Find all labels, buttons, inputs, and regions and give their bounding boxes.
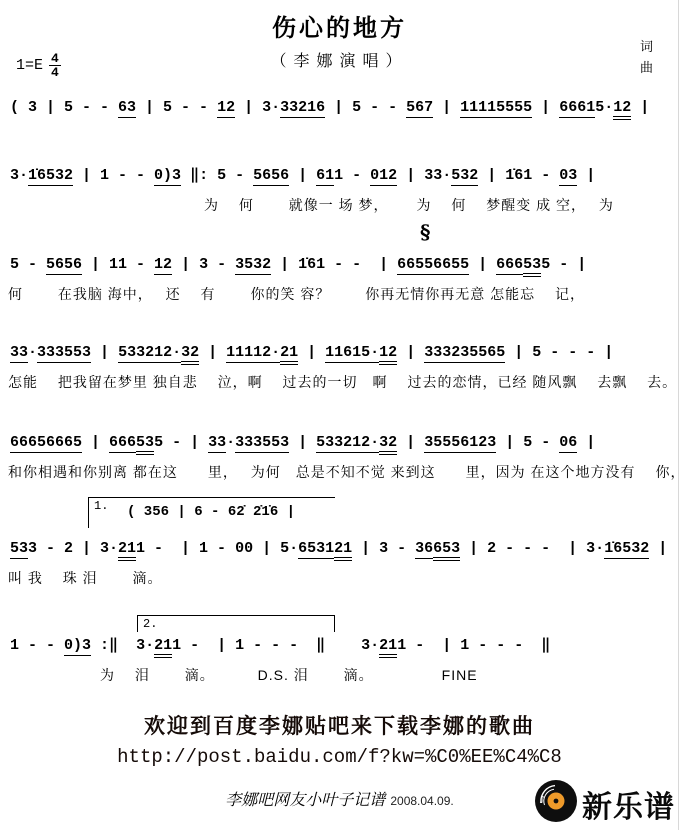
notation-line-2: 3·1̇6532 | 1 - - 0)3 ‖: 5 - 5656 | 611 -… <box>0 164 679 188</box>
notation-line-1: ( 3 | 5 - - 63 | 5 - - 12 | 3·33216 | 5 … <box>0 96 679 120</box>
notation-line-3: 5 - 5656 | 11 - 12 | 3 - 3532 | 1̇61 - -… <box>0 253 679 277</box>
lyrics-line-2: 为 何 就像一 场 梦， 为 何 梦醒变 成 空， 为 <box>0 195 679 215</box>
logo-text: 新乐谱 <box>582 782 675 826</box>
lyrics-line-5: 和你相遇和你别离 都在这 里， 为何 总是不知不觉 来到这 里，因为 在这个地方… <box>0 462 679 482</box>
transcriber-name: 李娜吧网友小叶子记谱 <box>225 790 385 809</box>
music-system-2: 3·1̇6532 | 1 - - 0)3 ‖: 5 - 5656 | 611 -… <box>0 164 679 215</box>
music-system-5: 66656665 | 666535 - | 33·333553 | 533212… <box>0 431 679 482</box>
music-system-4: 33·333553 | 533212·32 | 11112·21 | 11615… <box>0 341 679 392</box>
svg-text:♪: ♪ <box>539 795 545 806</box>
sheet-music-page: 伤心的地方 （李娜演唱） 1=E 4 4 词 曲 ( 3 | 5 - - 63 … <box>0 0 679 830</box>
volta-2-label: 2. <box>143 617 157 631</box>
site-logo: ♪ 新乐谱 <box>534 779 675 828</box>
music-system-1: ( 3 | 5 - - 63 | 5 - - 12 | 3·33216 | 5 … <box>0 96 679 120</box>
time-signature: 4 4 <box>49 52 61 79</box>
notation-line-4: 33·333553 | 533212·32 | 11112·21 | 11615… <box>0 341 679 365</box>
volta-bracket-1: 1. ( 356 | 6 - 62̇ 2̇1̇6 | <box>88 497 335 528</box>
lyrics-line-7: 为 泪 滴。 D.S. 泪 滴。 FINE <box>0 665 679 685</box>
segno-icon: § <box>420 220 430 244</box>
lyricist-label: 词 <box>640 36 653 57</box>
music-system-6: 533 - 2 | 3·211 - | 1 - 00 | 5·653121 | … <box>0 537 679 588</box>
lyrics-line-3: 何 在我脑 海中， 还 有 你的笑 容？ 你再无情你再无意 怎能忘 记， <box>0 284 679 304</box>
key-label: 1=E <box>16 57 43 74</box>
song-title: 伤心的地方 <box>0 8 679 43</box>
volta-1-label: 1. <box>94 499 108 513</box>
promo-text: 欢迎到百度李娜贴吧来下载李娜的歌曲 <box>0 710 679 740</box>
tieba-url: http://post.baidu.com/f?kw=%C0%EE%C4%C8 <box>0 746 679 768</box>
volta-1-pickup-notes: ( 356 | 6 - 62̇ 2̇1̇6 | <box>127 504 295 520</box>
performer-subtitle: （李娜演唱） <box>0 48 679 71</box>
notation-line-7: 1 - - 0)3 :‖ 3·211 - | 1 - - - ‖ 3·211 -… <box>0 634 679 658</box>
lyrics-line-6: 叫 我 珠 泪 滴。 <box>0 568 679 588</box>
time-signature-top: 4 <box>49 52 61 66</box>
credits-right: 词 曲 <box>640 36 653 78</box>
notation-line-6: 533 - 2 | 3·211 - | 1 - 00 | 5·653121 | … <box>0 537 679 561</box>
music-system-7: 1 - - 0)3 :‖ 3·211 - | 1 - - - ‖ 3·211 -… <box>0 634 679 685</box>
time-signature-bottom: 4 <box>49 66 61 79</box>
volta-bracket-2: 2. <box>137 615 335 632</box>
transcription-date: 2008.04.09. <box>390 794 453 808</box>
key-signature: 1=E 4 4 <box>16 52 61 79</box>
lyrics-line-4: 怎能 把我留在梦里 独自悲 泣，啊 过去的一切 啊 过去的恋情，已经 随风飘 去… <box>0 372 679 392</box>
music-system-3: 5 - 5656 | 11 - 12 | 3 - 3532 | 1̇61 - -… <box>0 253 679 304</box>
vinyl-record-icon: ♪ <box>534 779 578 828</box>
composer-label: 曲 <box>640 57 653 78</box>
notation-line-5: 66656665 | 666535 - | 33·333553 | 533212… <box>0 431 679 455</box>
